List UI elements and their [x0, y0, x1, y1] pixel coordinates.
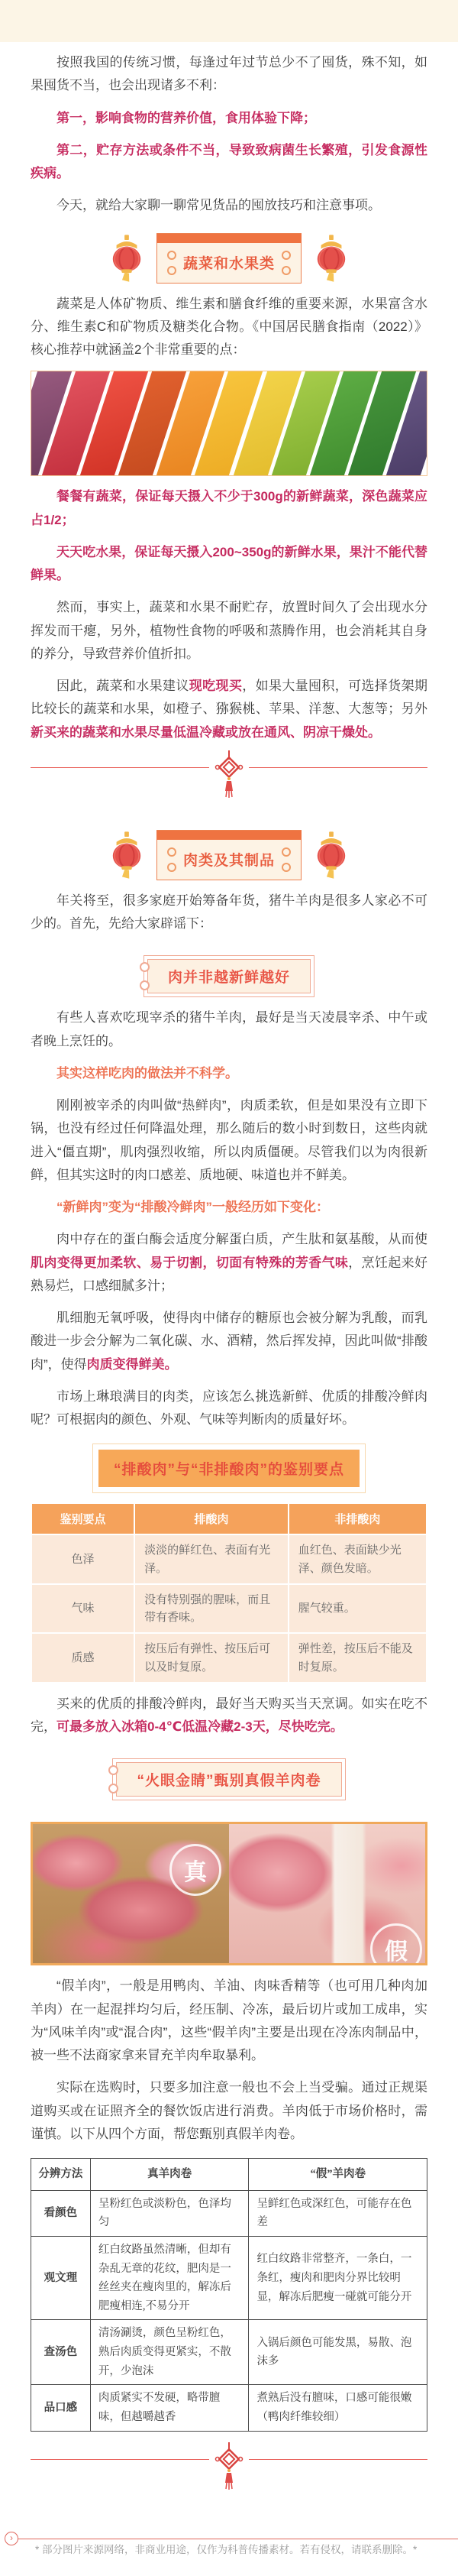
lantern-icon [109, 235, 144, 282]
table-row: 气味 没有特别强的腥味，而且带有香味。 腥气较重。 [32, 1585, 426, 1633]
card-dot [167, 847, 176, 857]
table-cell: 没有特别强的腥味，而且带有香味。 [135, 1585, 288, 1633]
table-cell: 煮熟后没有膻味，口感可能很嫩（鸭肉纤维较细） [249, 2385, 427, 2431]
meat-paragraph-10: “假羊肉”，一般是用鸭肉、羊油、肉味香精等（也可用几种肉加羊肉）在一起混拌均匀后… [31, 1975, 427, 2067]
real-lamb-photo: 真 [33, 1824, 229, 1963]
intro-point-2: 第二，贮存方法或条件不当，导致致病菌生长繁殖，引发食源性疾病。 [31, 139, 427, 186]
lantern-icon [314, 831, 349, 879]
table-header-row: 分辨方法 真羊肉卷 “假”羊肉卷 [31, 2159, 427, 2191]
table-cell: 品口感 [31, 2385, 91, 2431]
table-cell: 肉质紧实不发硬，略带膻味，但越嚼越香 [90, 2385, 249, 2431]
column-header: 排酸肉 [135, 1504, 288, 1534]
comparison-banner: “排酸肉”与“非排酸肉”的鉴别要点 [31, 1444, 427, 1493]
text-segment: 肉中存在的蛋白酶会适度分解蛋白质，产生肽和氨基酸，从而使 [56, 1232, 427, 1246]
table-cell: 红白纹路虽然清晰，但却有杂乱无章的花纹，肥肉是一丝丝夹在瘦肉里的，解冻后肥瘦相连… [90, 2236, 249, 2320]
veg-paragraph-3: 因此，蔬菜和水果建议现吃现买，如果大量囤积，可选择货架期比较长的蔬菜和水果，如橙… [31, 675, 427, 744]
divider-line [31, 2459, 209, 2460]
subsection-badge-fresh: 肉并非越新鲜越好 [31, 955, 427, 997]
table-cell: 色泽 [32, 1535, 134, 1583]
intro-paragraph-2: 今天，就给大家聊一聊常见货品的囤放技巧和注意事项。 [31, 194, 427, 217]
badge-frame: 肉并非越新鲜越好 [144, 955, 314, 997]
column-header: 非排酸肉 [289, 1504, 426, 1534]
card-dot [167, 251, 176, 260]
table-cell: 血红色、表面缺少光泽、颜色发暗。 [289, 1535, 426, 1583]
veg-tip-2: 天天吃水果，保证每天摄入200~350g的新鲜水果，果汁不能代替鲜果。 [31, 541, 427, 588]
meat-paragraph-5: “新鲜肉”变为“排酸冷鲜肉”一般经历如下变化： [31, 1196, 427, 1219]
table-cell: 腥气较重。 [289, 1585, 426, 1633]
chinese-knot-icon [214, 750, 244, 799]
lamb-roll-comparison-image: 真 假 [31, 1822, 427, 1965]
card-top-bar [156, 234, 302, 243]
column-header: 分辨方法 [31, 2159, 91, 2191]
lantern-icon [314, 235, 349, 282]
table-row: 查汤色 清汤涮烫，颜色呈粉红色，熟后肉质变得更紧实，不散开，少泡沫 入锅后颜色可… [31, 2320, 427, 2385]
banner-title: “排酸肉”与“非排酸肉”的鉴别要点 [97, 1448, 361, 1489]
card-dot [282, 863, 291, 872]
article-footer: › * 部分图片来源网络，非商业用途，仅作为科普传播素材。若有侵权，请联系删除。… [0, 2532, 458, 2576]
table-row: 品口感 肉质紧实不发硬，略带膻味，但越嚼越香 煮熟后没有膻味，口感可能很嫩（鸭肉… [31, 2385, 427, 2431]
fake-label: 假 [370, 1923, 422, 1965]
fruit-strip-graphic [31, 371, 427, 476]
subsection-badge-lamb: “火眼金睛”甄别真假羊肉卷 [31, 1758, 427, 1800]
meat-paragraph-11: 实际在选购时，只要多加注意一般也不会上当受骗。通过正规渠道购买或在证照齐全的餐饮… [31, 2076, 427, 2146]
text-segment: 因此，蔬菜和水果建议 [56, 679, 189, 693]
table-header-row: 鉴别要点 排酸肉 非排酸肉 [32, 1504, 426, 1534]
subsection-title: 肉并非越新鲜越好 [147, 959, 311, 993]
intro-point-1: 第一，影响食物的营养价值，食用体验下降； [31, 107, 427, 130]
highlight-text: 肉质变得鲜美。 [87, 1357, 178, 1372]
real-label: 真 [169, 1844, 221, 1896]
lamb-roll-table: 分辨方法 真羊肉卷 “假”羊肉卷 看颜色 呈粉红色或淡粉色，色泽均匀 呈鲜红色或… [31, 2158, 427, 2432]
table-cell: 气味 [32, 1585, 134, 1633]
section-divider [31, 2442, 427, 2491]
section-title: 蔬菜和水果类 [163, 252, 295, 273]
card-dot [167, 863, 176, 872]
table-cell: 淡淡的鲜红色、表面有光泽。 [135, 1535, 288, 1583]
table-cell: 入锅后颜色可能发黑，易散、泡沫多 [249, 2320, 427, 2385]
section-header-meat: 肉类及其制品 [31, 830, 427, 880]
paisuan-comparison-table: 鉴别要点 排酸肉 非排酸肉 色泽 淡淡的鲜红色、表面有光泽。 血红色、表面缺少光… [31, 1502, 427, 1683]
subsection-title: “火眼金睛”甄别真假羊肉卷 [116, 1762, 341, 1797]
veg-tip-1: 餐餐有蔬菜，保证每天摄入不少于300g的新鲜蔬菜，深色蔬菜应占1/2； [31, 485, 427, 532]
section-divider [31, 750, 427, 799]
column-header: 鉴别要点 [32, 1504, 134, 1534]
highlight-text: 现吃现买 [189, 679, 242, 693]
meat-paragraph-7: 肌细胞无氧呼吸，使得肉中储存的糖原也会被分解为乳酸，而乳酸进一步会分解为二氧化碳… [31, 1307, 427, 1376]
section-title-card: 蔬菜和水果类 [156, 233, 302, 284]
divider-line [31, 767, 209, 768]
article-page: 按照我国的传统习惯，每逢过年过节总少不了囤货，殊不知，如果囤货不当，也会出现诸多… [0, 0, 458, 2576]
table-cell: 查汤色 [31, 2320, 91, 2385]
highlight-text: 新买来的蔬菜和水果尽量低温冷藏或放在通风、阴凉干燥处。 [31, 725, 381, 740]
chinese-knot-icon [214, 2442, 244, 2491]
table-cell: 呈鲜红色或深红色，可能存在色差 [249, 2190, 427, 2236]
column-header: 真羊肉卷 [90, 2159, 249, 2191]
card-dot [282, 251, 291, 260]
divider-line [249, 2459, 427, 2460]
section-title-card: 肉类及其制品 [156, 830, 302, 880]
footer-line [18, 2539, 458, 2539]
table-cell: 红白纹路非常整齐，一条白，一条红，瘦肉和肥肉分界比较明显，解冻后肥瘦一碰就可能分… [249, 2236, 427, 2320]
card-dot [167, 266, 176, 275]
table-cell: 呈粉红色或淡粉色，色泽均匀 [90, 2190, 249, 2236]
table-cell: 观文理 [31, 2236, 91, 2320]
table-cell: 按压后有弹性、按压后可以及时复原。 [135, 1634, 288, 1682]
fruits-vegetables-image [31, 371, 427, 476]
meat-paragraph-4: 刚刚被宰杀的肉叫做“热鲜肉”，肉质柔软，但是如果没有立即下锅，也没有经过任何降温… [31, 1094, 427, 1187]
meat-paragraph-6: 肉中存在的蛋白酶会适度分解蛋白质，产生肽和氨基酸，从而使肌肉变得更加柔软、易于切… [31, 1228, 427, 1298]
table-row: 色泽 淡淡的鲜红色、表面有光泽。 血红色、表面缺少光泽、颜色发暗。 [32, 1535, 426, 1583]
veg-paragraph-2: 然而，事实上，蔬菜和水果不耐贮存，放置时间久了会出现水分挥发而干瘪，另外，植物性… [31, 596, 427, 666]
card-top-bar [156, 831, 302, 840]
intro-paragraph: 按照我国的传统习惯，每逢过年过节总少不了囤货，殊不知，如果囤货不当，也会出现诸多… [31, 51, 427, 98]
meat-paragraph-1: 年关将至，很多家庭开始筹备年货，猪牛羊肉是很多人家必不可少的。首先，先给大家辟谣… [31, 889, 427, 936]
meat-paragraph-8: 市场上琳琅满目的肉类，应该怎么挑选新鲜、优质的排酸冷鲜肉呢？可根据肉的颜色、外观… [31, 1385, 427, 1432]
veg-paragraph-1: 蔬菜是人体矿物质、维生素和膳食纤维的重要来源，水果富含水分、维生素C和矿物质及糖… [31, 293, 427, 362]
table-cell: 看颜色 [31, 2190, 91, 2236]
table-cell: 弹性差，按压后不能及时复原。 [289, 1634, 426, 1682]
highlight-text: 肌肉变得更加柔软、易于切割，切面有特殊的芳香气味 [31, 1256, 348, 1270]
card-dot [282, 266, 291, 275]
lantern-icon [109, 831, 144, 879]
highlight-text: 可最多放入冰箱0-4℃低温冷藏2-3天，尽快吃完。 [56, 1719, 343, 1734]
divider-line [249, 767, 427, 768]
card-dot [282, 847, 291, 857]
fake-lamb-photo: 假 [229, 1824, 425, 1963]
header-banner-image [0, 0, 458, 42]
meat-paragraph-9: 买来的优质的排酸冷鲜肉，最好当天购买当天烹调。如实在吃不完，可最多放入冰箱0-4… [31, 1693, 427, 1739]
table-row: 质感 按压后有弹性、按压后可以及时复原。 弹性差，按压后不能及时复原。 [32, 1634, 426, 1682]
section-title: 肉类及其制品 [163, 849, 295, 870]
meat-paragraph-2: 有些人喜欢吃现宰杀的猪牛羊肉，最好是当天凌晨宰杀、中午或者晚上烹饪的。 [31, 1006, 427, 1053]
table-row: 看颜色 呈粉红色或淡粉色，色泽均匀 呈鲜红色或深红色，可能存在色差 [31, 2190, 427, 2236]
banner-frame: “排酸肉”与“非排酸肉”的鉴别要点 [92, 1444, 366, 1493]
table-cell: 质感 [32, 1634, 134, 1682]
badge-frame: “火眼金睛”甄别真假羊肉卷 [112, 1758, 345, 1800]
column-header: “假”羊肉卷 [249, 2159, 427, 2191]
arrow-circle-icon: › [5, 2532, 18, 2545]
table-row: 观文理 红白纹路虽然清晰，但却有杂乱无章的花纹，肥肉是一丝丝夹在瘦肉里的，解冻后… [31, 2236, 427, 2320]
footer-divider: › [5, 2532, 458, 2545]
meat-paragraph-3: 其实这样吃肉的做法并不科学。 [31, 1062, 427, 1085]
table-cell: 清汤涮烫，颜色呈粉红色，熟后肉质变得更紧实，不散开，少泡沫 [90, 2320, 249, 2385]
article-content: 按照我国的传统习惯，每逢过年过节总少不了囤货，殊不知，如果囤货不当，也会出现诸多… [0, 51, 458, 2491]
section-header-vegetables: 蔬菜和水果类 [31, 233, 427, 284]
